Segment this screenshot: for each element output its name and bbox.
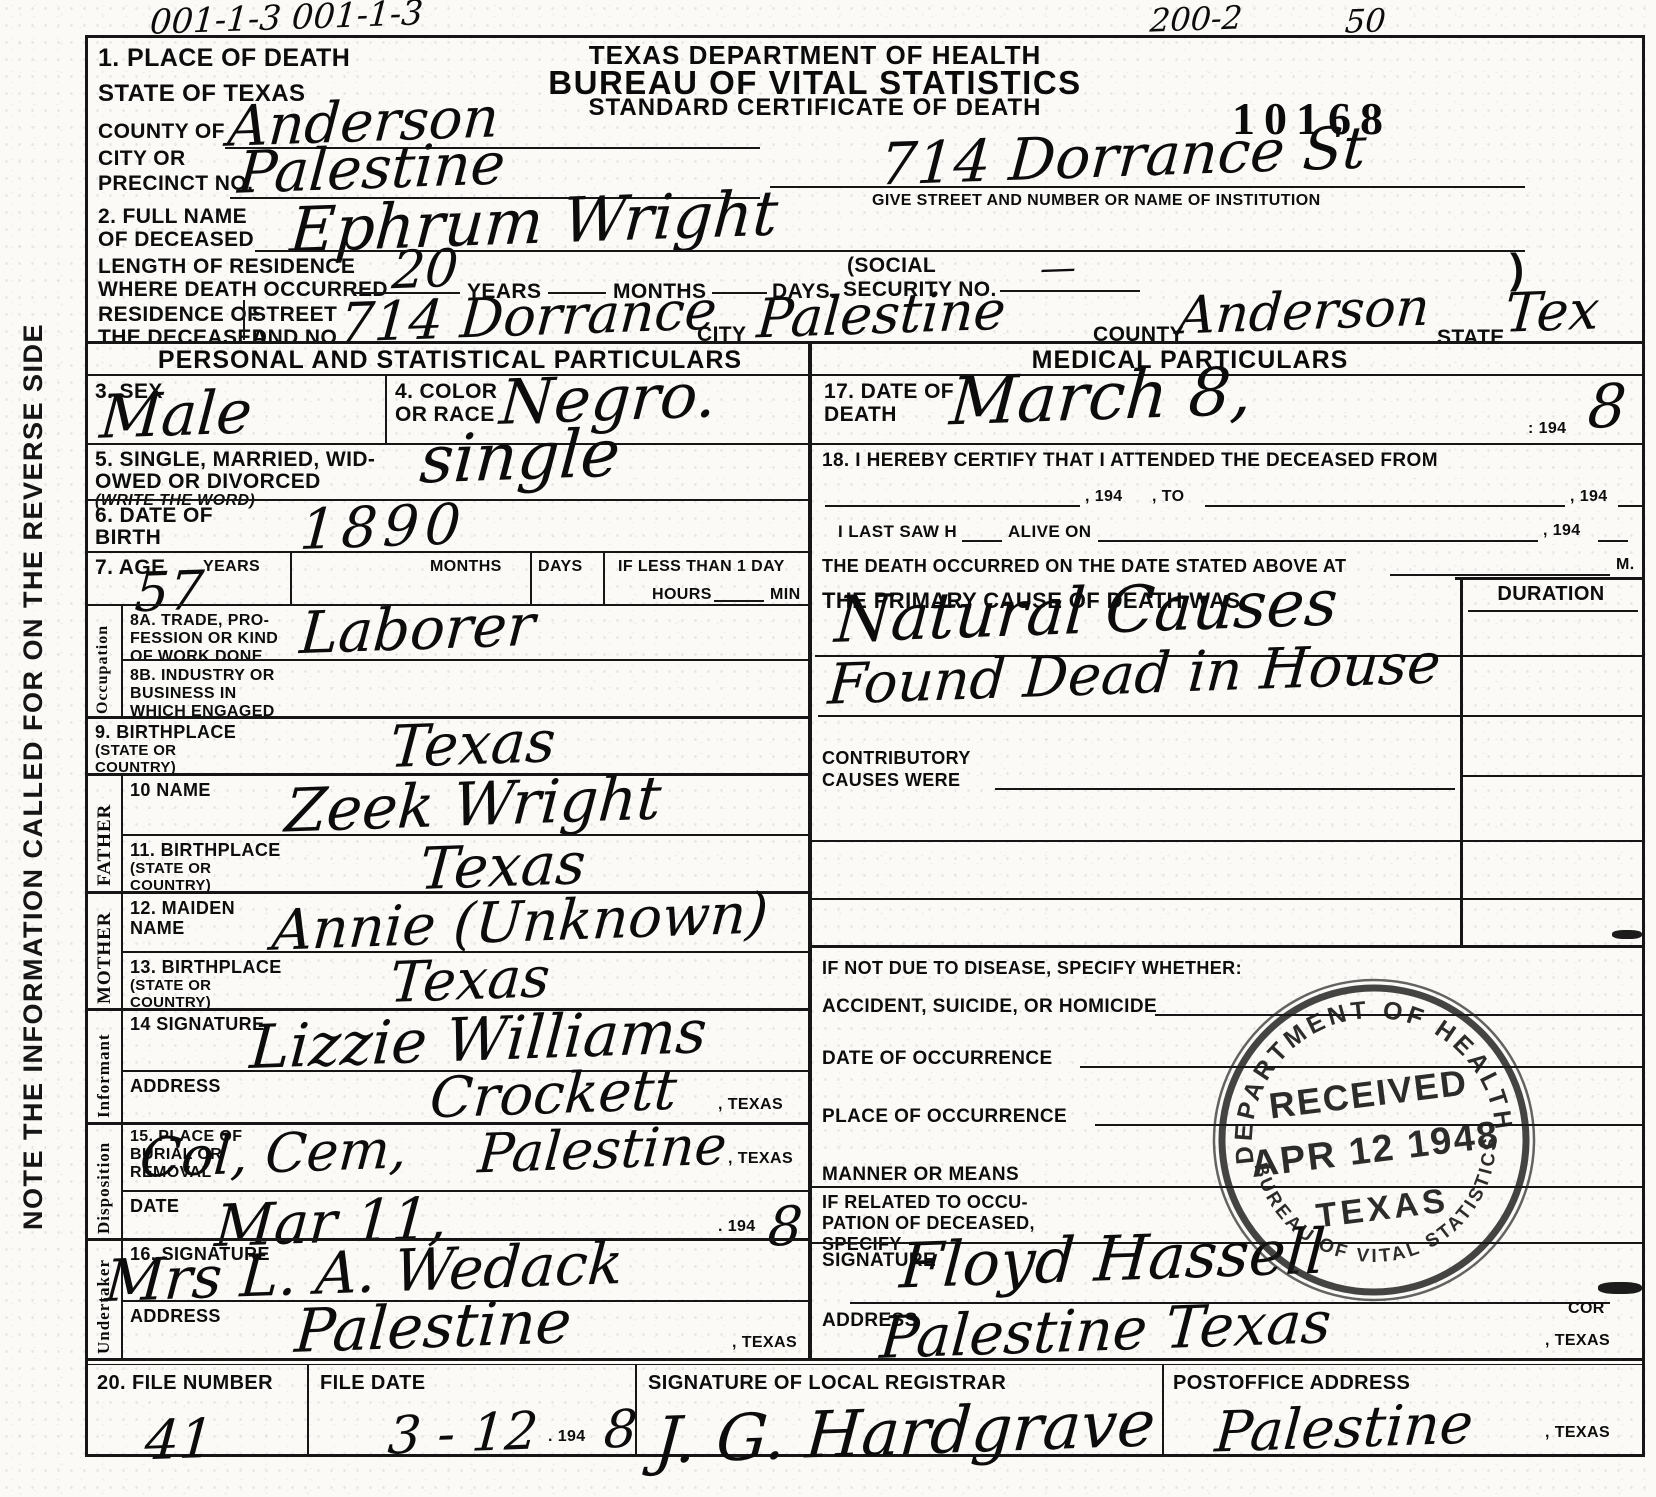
burial-value-2: Palestine xyxy=(476,1114,729,1186)
undertaker-address-state: , TEXAS xyxy=(732,1334,797,1352)
last-saw-label-1: I LAST SAW H xyxy=(838,522,957,542)
accident-label: ACCIDENT, SUICIDE, OR HOMICIDE xyxy=(822,996,1157,1018)
rule xyxy=(812,898,1460,900)
rule xyxy=(714,600,764,602)
ink-smudge xyxy=(1612,930,1642,939)
divider xyxy=(307,1364,309,1455)
rule xyxy=(85,374,1645,376)
last-saw-year: , 194 xyxy=(1543,522,1581,540)
disposition-date-year-hw: 8 xyxy=(766,1194,805,1258)
disposition-date-label: DATE xyxy=(130,1196,179,1217)
trade-label-2: FESSION OR KIND xyxy=(130,630,278,648)
occurred-m-label: M. xyxy=(1616,556,1635,574)
rule xyxy=(812,443,1645,445)
certify-label: 18. I HEREBY CERTIFY THAT I ATTENDED THE… xyxy=(822,450,1438,472)
trade-label-1: 8A. TRADE, PRO- xyxy=(130,612,269,630)
rule xyxy=(85,1364,1645,1365)
birthplace-label-1: 9. BIRTHPLACE xyxy=(95,722,236,743)
last-saw-label-2: ALIVE ON xyxy=(1008,522,1092,542)
manner-label: MANNER OR MEANS xyxy=(822,1164,1019,1186)
rule xyxy=(1098,540,1538,542)
rule xyxy=(1463,898,1643,900)
maiden-label-2: NAME xyxy=(130,918,185,939)
rule xyxy=(1463,655,1643,657)
undertaker-address-label: ADDRESS xyxy=(130,1306,221,1327)
contributory-label-1: CONTRIBUTORY xyxy=(822,748,971,769)
residence-label-1: RESIDENCE OF xyxy=(98,303,260,327)
rule xyxy=(1463,715,1643,717)
certify-year-1: , 194 xyxy=(1085,488,1123,506)
city-label-2: PRECINCT NO. xyxy=(98,172,253,196)
physician-address-state: , TEXAS xyxy=(1545,1332,1610,1350)
stamp-state: TEXAS xyxy=(1314,1182,1451,1236)
strip-divider xyxy=(121,773,123,891)
rule xyxy=(85,551,810,553)
age-months-label: MONTHS xyxy=(430,558,502,576)
dob-label-1: 6. DATE OF xyxy=(95,504,213,528)
occupation-side-label: Occupation xyxy=(94,606,112,714)
rule xyxy=(1205,505,1565,507)
full-name-label-2: OF DECEASED xyxy=(98,228,254,252)
registrar-signature-value: J. G. Hardgrave xyxy=(653,1387,1158,1479)
birthplace-label-2: (STATE OR xyxy=(95,742,176,759)
date-occurrence-label: DATE OF OCCURRENCE xyxy=(822,1048,1053,1070)
place-of-death-label: 1. PLACE OF DEATH xyxy=(98,44,350,73)
rule xyxy=(825,505,1080,507)
age-days-label: DAYS xyxy=(538,558,583,576)
father-name-label: 10 NAME xyxy=(130,780,211,801)
father-side-label: FATHER xyxy=(94,778,116,886)
contributory-label-2: CAUSES WERE xyxy=(822,770,960,791)
street-note-label: GIVE STREET AND NUMBER OR NAME OF INSTIT… xyxy=(872,192,1321,210)
file-date-year-printed: . 194 xyxy=(548,1428,586,1446)
residence-city-value: Palestine xyxy=(755,279,1008,351)
residence-state-value: Tex xyxy=(1503,278,1602,344)
rule xyxy=(1618,505,1643,507)
certify-to: , TO xyxy=(1152,488,1184,506)
postoffice-label: POSTOFFICE ADDRESS xyxy=(1173,1372,1410,1395)
father-bp-label-1: 11. BIRTHPLACE xyxy=(130,840,281,861)
dob-label-2: BIRTH xyxy=(95,526,161,550)
color-label-1: 4. COLOR xyxy=(395,380,497,404)
rule xyxy=(1463,840,1643,842)
disposition-date-year-printed: . 194 xyxy=(718,1218,756,1236)
trade-label-3: OF WORK DONE xyxy=(130,648,263,666)
cor-fragment: COR xyxy=(1568,1300,1605,1318)
rule xyxy=(995,788,1455,790)
industry-label-1: 8B. INDUSTRY OR xyxy=(130,667,275,685)
mother-side-label: MOTHER xyxy=(94,896,116,1004)
stamp-date: APR 12 1948 xyxy=(1249,1114,1502,1186)
age-hours-label: HOURS xyxy=(652,586,712,604)
postoffice-value: Palestine xyxy=(1213,1391,1475,1465)
file-number-value: 41 xyxy=(143,1407,216,1473)
rule xyxy=(121,659,810,661)
residence-county-value: Anderson xyxy=(1176,278,1432,347)
related-label-1: IF RELATED TO OCCU- xyxy=(822,1192,1028,1213)
rule xyxy=(812,840,1460,842)
sex-value: Male xyxy=(98,377,255,453)
marital-label-2: OWED OR DIVORCED xyxy=(95,470,321,494)
dod-year-hw: 8 xyxy=(1586,371,1629,443)
informant-address-label: ADDRESS xyxy=(130,1076,221,1097)
mother-bp-label-1: 13. BIRTHPLACE xyxy=(130,957,282,978)
duration-box-left xyxy=(1460,577,1463,945)
certify-year-2: , 194 xyxy=(1570,488,1608,506)
border-top xyxy=(85,35,1645,38)
file-date-year-hw: 8 xyxy=(602,1399,639,1460)
rule xyxy=(1000,290,1140,292)
residence-state-label: STATE xyxy=(1437,326,1505,350)
marital-label-1: 5. SINGLE, MARRIED, WID- xyxy=(95,448,375,472)
divider xyxy=(603,551,605,604)
age-less-than-day-label: IF LESS THAN 1 DAY xyxy=(618,558,785,576)
duration-label: DURATION xyxy=(1497,583,1604,606)
rule xyxy=(1390,574,1610,576)
border-left xyxy=(85,35,88,1457)
informant-signature-label: 14 SIGNATURE xyxy=(130,1014,265,1035)
stamp-received: RECEIVED xyxy=(1267,1061,1471,1126)
top-right-annotation: 200-2 xyxy=(1149,0,1244,40)
burial-state: , TEXAS xyxy=(728,1150,793,1168)
divider xyxy=(1162,1364,1164,1455)
rule xyxy=(1463,775,1643,777)
age-years-label: YEARS xyxy=(203,558,260,576)
disposition-side-label: Disposition xyxy=(94,1126,114,1234)
file-number-label: 20. FILE NUMBER xyxy=(97,1372,273,1395)
divider xyxy=(385,374,387,443)
age-min-label: MIN xyxy=(770,586,801,604)
trade-value: Laborer xyxy=(298,591,538,667)
registrar-label: SIGNATURE OF LOCAL REGISTRAR xyxy=(648,1372,1006,1395)
residence-length-label-1: LENGTH OF RESIDENCE xyxy=(98,255,355,279)
file-date-value: 3 - 12 xyxy=(386,1401,540,1466)
burial-value-1: Col, Cem, xyxy=(138,1117,409,1190)
father-bp-label-2: (STATE OR xyxy=(130,860,211,877)
city-label-1: CITY OR xyxy=(98,147,186,171)
full-name-label-1: 2. FULL NAME xyxy=(98,205,247,229)
reverse-side-note: NOTE THE INFORMATION CALLED FOR ON THE R… xyxy=(18,330,49,1230)
street-and-no-label-1: STREET xyxy=(252,303,337,327)
mother-bp-label-2: (STATE OR xyxy=(130,977,211,994)
dod-value: March 8, xyxy=(947,353,1254,441)
rule xyxy=(1468,610,1638,612)
death-certificate-scan: NOTE THE INFORMATION CALLED FOR ON THE R… xyxy=(0,0,1656,1497)
divider xyxy=(290,551,292,604)
rule xyxy=(1598,540,1628,542)
rule xyxy=(962,540,1002,542)
place-occurrence-label: PLACE OF OCCURRENCE xyxy=(822,1106,1067,1128)
dod-label-1: 17. DATE OF xyxy=(824,380,954,404)
rule xyxy=(85,341,1645,344)
ssn-value: — xyxy=(1039,247,1078,289)
maiden-label-1: 12. MAIDEN xyxy=(130,898,235,919)
divider xyxy=(243,300,245,340)
file-date-label: FILE DATE xyxy=(320,1372,425,1395)
rule xyxy=(85,1358,1645,1361)
rule xyxy=(770,186,1525,188)
strip-divider xyxy=(121,1008,123,1122)
header-certificate: STANDARD CERTIFICATE OF DEATH xyxy=(589,94,1042,122)
informant-side-label: Informant xyxy=(94,1012,114,1118)
rule xyxy=(818,715,1460,717)
column-divider xyxy=(808,341,812,1358)
ink-smudge xyxy=(1598,1282,1642,1294)
if-not-due-label: IF NOT DUE TO DISEASE, SPECIFY WHETHER: xyxy=(822,958,1242,979)
marital-value: single xyxy=(417,414,622,498)
informant-address-state: , TEXAS xyxy=(718,1096,783,1114)
county-of-label: COUNTY OF xyxy=(98,120,225,144)
dod-year-printed: : 194 xyxy=(1528,420,1566,438)
strip-divider xyxy=(121,1122,123,1238)
received-stamp: DEPARTMENT OF HEALTH BUREAU OF VITAL STA… xyxy=(1171,937,1577,1343)
strip-divider xyxy=(121,891,123,1008)
industry-label-2: BUSINESS IN xyxy=(130,685,237,703)
duration-box-top xyxy=(1455,577,1645,580)
postoffice-state: , TEXAS xyxy=(1545,1424,1610,1442)
undertaker-address-value: Palestine xyxy=(293,1287,574,1367)
dod-label-2: DEATH xyxy=(824,403,897,427)
ssn-label-1: (SOCIAL xyxy=(847,254,936,278)
